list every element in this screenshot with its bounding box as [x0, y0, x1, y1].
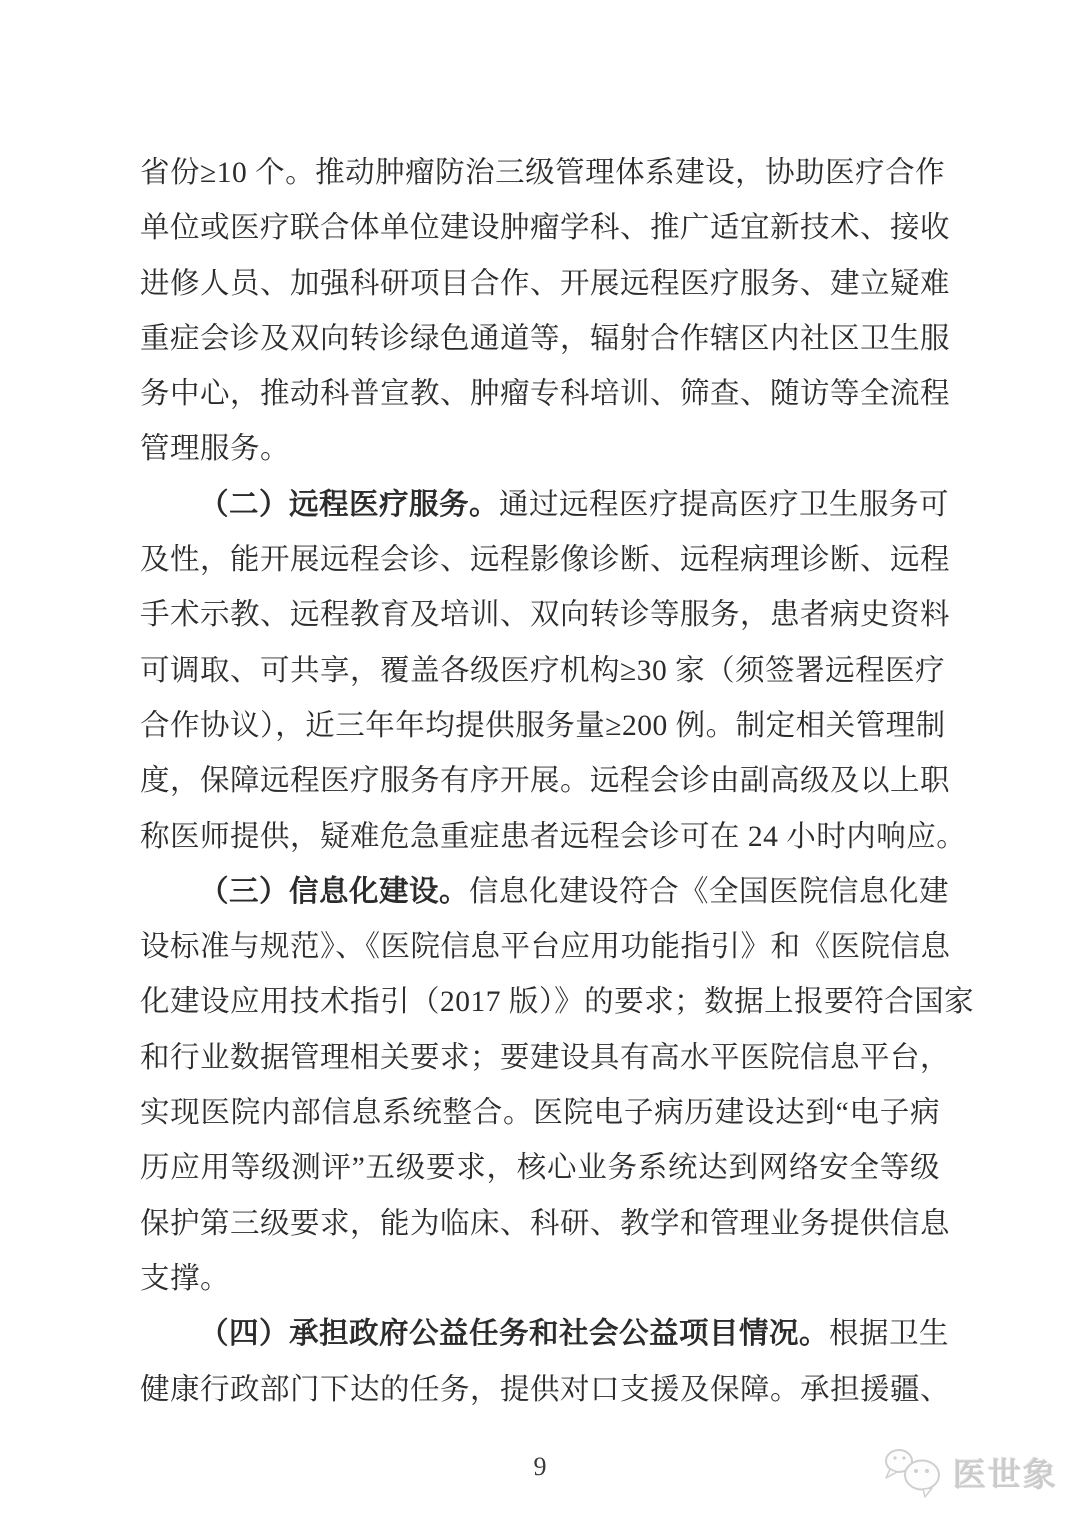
text-line: 及性，能开展远程会诊、远程影像诊断、远程病理诊断、远程 — [140, 533, 940, 588]
text-run: 务中心，推动科普宣教、肿瘤专科培训、筛查、随访等全流程 — [140, 378, 950, 410]
text-run: 合作协议），近三年年均提供服务量≥200 例。制定相关管理制 — [140, 710, 946, 742]
text-run: 称医师提供，疑难危急重症患者远程会诊可在 24 小时内响应。 — [140, 821, 966, 853]
text-line: 化建设应用技术指引（2017 版）》的要求；数据上报要符合国家 — [140, 975, 940, 1030]
text-run: 重症会诊及双向转诊绿色通道等，辐射合作辖区内社区卫生服 — [140, 323, 950, 355]
text-run: 省份≥10 个。推动肿瘤防治三级管理体系建设，协助医疗合作 — [140, 157, 945, 189]
text-line: 进修人员、加强科研项目合作、开展远程医疗服务、建立疑难 — [140, 257, 940, 312]
text-line: （四）承担政府公益任务和社会公益项目情况。根据卫生 — [140, 1307, 940, 1362]
text-run: 和行业数据管理相关要求；要建设具有高水平医院信息平台， — [140, 1042, 950, 1074]
text-run: 进修人员、加强科研项目合作、开展远程医疗服务、建立疑难 — [140, 268, 950, 300]
text-run: 信息化建设符合《全国医院信息化建 — [469, 876, 949, 908]
text-line: 实现医院内部信息系统整合。医院电子病历建设达到“电子病 — [140, 1086, 940, 1141]
text-line: 度，保障远程医疗服务有序开展。远程会诊由副高级及以上职 — [140, 754, 940, 809]
document-body: 省份≥10 个。推动肿瘤防治三级管理体系建设，协助医疗合作单位或医疗联合体单位建… — [140, 146, 940, 1418]
text-line: 和行业数据管理相关要求；要建设具有高水平医院信息平台， — [140, 1031, 940, 1086]
text-run: 化建设应用技术指引（2017 版）》的要求；数据上报要符合国家 — [140, 986, 974, 1018]
section-heading: （三）信息化建设。 — [199, 876, 469, 908]
brand-watermark: 医世象 — [883, 1446, 1058, 1498]
section-heading: （二）远程医疗服务。 — [199, 489, 499, 521]
text-line: 支撑。 — [140, 1252, 940, 1307]
page-number: 9 — [534, 1452, 547, 1481]
text-line: 可调取、可共享，覆盖各级医疗机构≥30 家（须签署远程医疗 — [140, 644, 940, 699]
text-run: 保护第三级要求，能为临床、科研、教学和管理业务提供信息 — [140, 1208, 950, 1240]
text-line: 历应用等级测评”五级要求，核心业务系统达到网络安全等级 — [140, 1141, 940, 1196]
text-run: 管理服务。 — [140, 433, 290, 465]
text-run: 可调取、可共享，覆盖各级医疗机构≥30 家（须签署远程医疗 — [140, 655, 945, 687]
text-run: 历应用等级测评”五级要求，核心业务系统达到网络安全等级 — [140, 1152, 940, 1184]
text-line: 健康行政部门下达的任务，提供对口支援及保障。承担援疆、 — [140, 1363, 940, 1418]
text-line: 省份≥10 个。推动肿瘤防治三级管理体系建设，协助医疗合作 — [140, 146, 940, 201]
text-run: 支撑。 — [140, 1263, 230, 1295]
text-line: 保护第三级要求，能为临床、科研、教学和管理业务提供信息 — [140, 1197, 940, 1252]
text-run: 根据卫生 — [829, 1318, 949, 1350]
text-run: 及性，能开展远程会诊、远程影像诊断、远程病理诊断、远程 — [140, 544, 950, 576]
text-run: 通过远程医疗提高医疗卫生服务可 — [499, 489, 949, 521]
text-line: 单位或医疗联合体单位建设肿瘤学科、推广适宜新技术、接收 — [140, 201, 940, 256]
text-run: 度，保障远程医疗服务有序开展。远程会诊由副高级及以上职 — [140, 765, 950, 797]
text-run: 手术示教、远程教育及培训、双向转诊等服务，患者病史资料 — [140, 599, 950, 631]
text-run: 单位或医疗联合体单位建设肿瘤学科、推广适宜新技术、接收 — [140, 212, 950, 244]
text-line: 称医师提供，疑难危急重症患者远程会诊可在 24 小时内响应。 — [140, 810, 940, 865]
text-run: 实现医院内部信息系统整合。医院电子病历建设达到“电子病 — [140, 1097, 940, 1129]
text-line: （三）信息化建设。信息化建设符合《全国医院信息化建 — [140, 865, 940, 920]
text-line: 务中心，推动科普宣教、肿瘤专科培训、筛查、随访等全流程 — [140, 367, 940, 422]
text-line: 重症会诊及双向转诊绿色通道等，辐射合作辖区内社区卫生服 — [140, 312, 940, 367]
text-line: 合作协议），近三年年均提供服务量≥200 例。制定相关管理制 — [140, 699, 940, 754]
text-line: 手术示教、远程教育及培训、双向转诊等服务，患者病史资料 — [140, 588, 940, 643]
text-run: 设标准与规范》、《医院信息平台应用功能指引》和《医院信息 — [140, 931, 951, 963]
document-page: 省份≥10 个。推动肿瘤防治三级管理体系建设，协助医疗合作单位或医疗联合体单位建… — [0, 0, 1080, 1526]
text-line: （二）远程医疗服务。通过远程医疗提高医疗卫生服务可 — [140, 478, 940, 533]
section-heading: （四）承担政府公益任务和社会公益项目情况。 — [199, 1318, 829, 1350]
brand-name: 医世象 — [953, 1449, 1058, 1496]
text-run: 健康行政部门下达的任务，提供对口支援及保障。承担援疆、 — [140, 1374, 950, 1406]
text-line: 管理服务。 — [140, 422, 940, 477]
text-line: 设标准与规范》、《医院信息平台应用功能指引》和《医院信息 — [140, 920, 940, 975]
wechat-bubbles-icon — [883, 1446, 945, 1498]
